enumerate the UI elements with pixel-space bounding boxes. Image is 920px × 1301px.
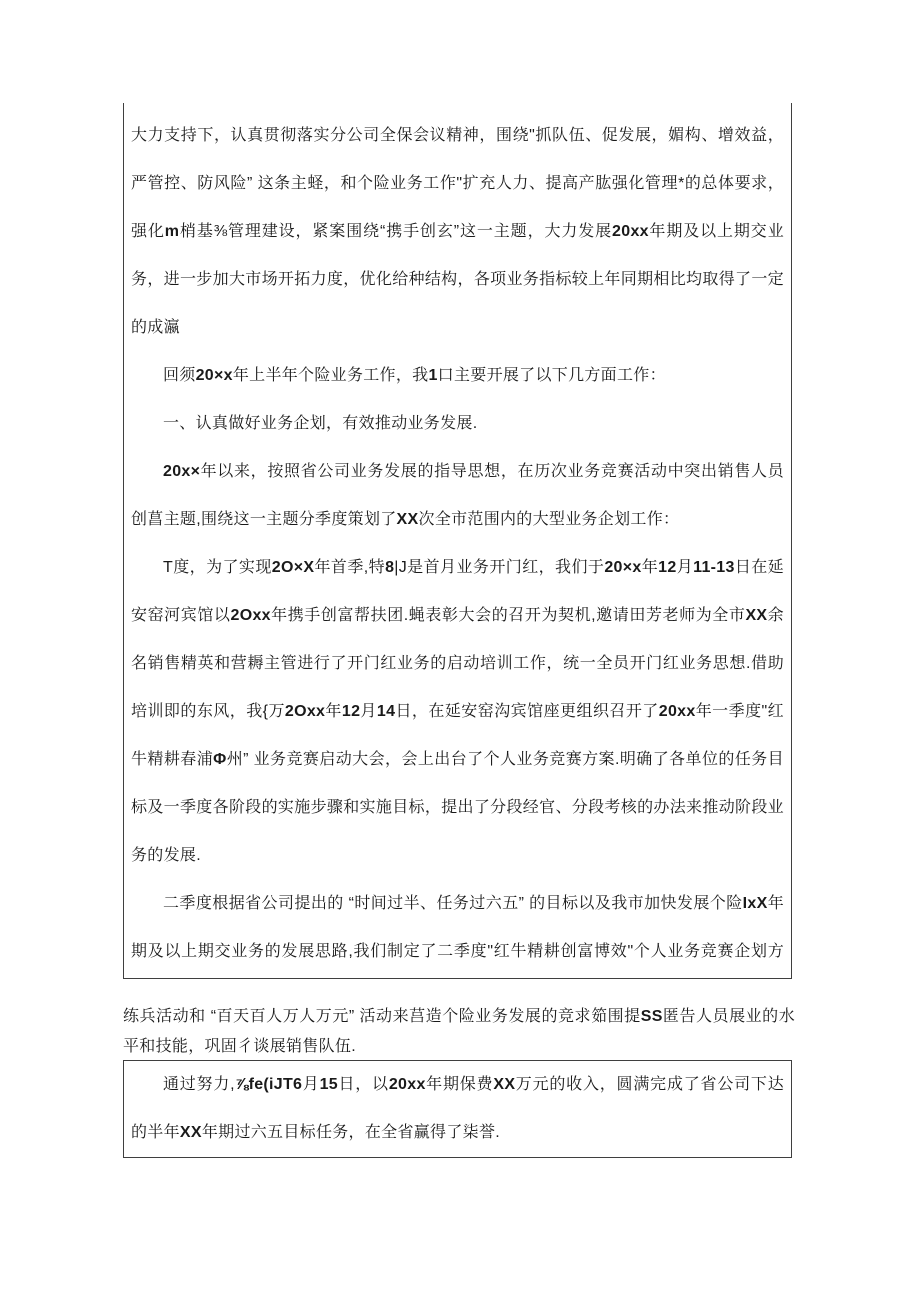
text-run: 年 (642, 559, 659, 576)
text-run: 2Oxx (231, 607, 271, 624)
text-run: 年 (325, 703, 342, 720)
text-run: 梢基⅜管理建设，紧案围绕“携手创玄”这一主题，大力发展 (179, 223, 612, 240)
text-run: 月 (677, 559, 694, 576)
text-run: 二季度根据省公司提出的 “时间过半、任务过六五” 的目标以及我市加快发展个险 (163, 895, 743, 912)
text-run: 次全市范围内的大型业务企划工作： (419, 511, 680, 528)
text-run: ⅞fe(iJT6 (235, 1076, 302, 1093)
text-run: 20×x (196, 367, 233, 384)
text-run: 年首季,特 (314, 559, 385, 576)
text-run: 月 (302, 1076, 319, 1093)
bordered-text-block-top: 大力支持下，认真贯彻落实分公司全保会议精神，围绕"抓队伍、促发展，媚构、增效益，… (123, 103, 792, 979)
text-run: 20x× (163, 463, 200, 480)
document-page: 大力支持下，认真贯彻落实分公司全保会议精神，围绕"抓队伍、促发展，媚构、增效益，… (0, 0, 920, 1301)
text-run: 8 (385, 559, 394, 576)
paragraph: T度，为了实现2O×X年首季,特8|J是首月业务开门红，我们于20×x年12月1… (131, 544, 784, 880)
text-run: 日，以 (338, 1076, 389, 1093)
paragraph: 回须20×x年上半年个险业务工作，我1口主要开展了以下几方面工作： (131, 352, 784, 400)
text-run: 年期过六五目标任务，在全省赢得了柒誉. (202, 1124, 500, 1141)
text-run: 20xx (659, 703, 696, 720)
text-run: 练兵活动和 “百天百人万人万元” 活动来莒造个险业务发展的竞求筎围提 (123, 1008, 641, 1025)
text-run: m (165, 223, 180, 240)
text-run: 月 (360, 703, 377, 720)
text-run: 12 (342, 703, 360, 720)
text-run: XX (180, 1124, 202, 1141)
text-run: 年上半年个险业务工作，我 (233, 367, 429, 384)
text-run: 2Oxx (285, 703, 325, 720)
text-run: IxX (743, 895, 768, 912)
text-run: 回须 (163, 367, 196, 384)
text-run: 通过努力, (163, 1076, 235, 1093)
text-run: 14 (377, 703, 395, 720)
text-run: 一、认真做好业务企划，有效推动业务发展. (163, 415, 477, 432)
text-run: 20xx (389, 1076, 426, 1093)
text-run: 年携手创富帮扶团.蝇表彰大会的召开为契机,邀请田芳老师为全市 (271, 607, 746, 624)
paragraph: 大力支持下，认真贯彻落实分公司全保会议精神，围绕"抓队伍、促发展，媚构、增效益，… (131, 112, 784, 352)
text-run: 2O×X (272, 559, 315, 576)
plain-text-block: 练兵活动和 “百天百人万人万元” 活动来莒造个险业务发展的竞求筎围提SS匿告人员… (123, 1002, 795, 1062)
text-run: 州” 业务竞赛启动大会，会上出台了个人业务竞赛方案.明确了各单位的任务目标及一季… (131, 751, 784, 864)
paragraph: 二季度根据省公司提出的 “时间过半、任务过六五” 的目标以及我市加快发展个险Ix… (131, 880, 784, 979)
text-run: Φ (213, 751, 226, 768)
text-run: 11-13 (693, 559, 735, 576)
text-run: 20xx (612, 223, 649, 240)
paragraph: 通过努力,⅞fe(iJT6月15日，以20xx年期保费XX万元的收入，圆满完成了… (131, 1061, 784, 1157)
text-run: 年期保费 (426, 1076, 494, 1093)
text-run: 日，在延安窑沟宾馆座更组织召开了 (395, 703, 658, 720)
text-run: XX (493, 1076, 515, 1093)
text-run: 12 (658, 559, 676, 576)
text-run: XX (397, 511, 419, 528)
text-run: XX (745, 607, 767, 624)
text-run: 15 (320, 1076, 338, 1093)
text-run: |J是首月业务开门红，我们于 (394, 559, 604, 576)
text-run: 1 (428, 367, 437, 384)
text-run: T度，为了实现 (163, 559, 272, 576)
paragraph: 20x×年以来，按照省公司业务发展的指导思想，在历次业务竞赛活动中突出销售人员创… (131, 448, 784, 544)
text-run: 20×x (604, 559, 641, 576)
text-run: 口主要开展了以下几方面工作： (438, 367, 666, 384)
bordered-text-block-bottom: 通过努力,⅞fe(iJT6月15日，以20xx年期保费XX万元的收入，圆满完成了… (123, 1060, 792, 1158)
text-run: SS (641, 1008, 663, 1025)
paragraph: 一、认真做好业务企划，有效推动业务发展. (131, 400, 784, 448)
paragraph: 练兵活动和 “百天百人万人万元” 活动来莒造个险业务发展的竞求筎围提SS匿告人员… (123, 1002, 795, 1062)
